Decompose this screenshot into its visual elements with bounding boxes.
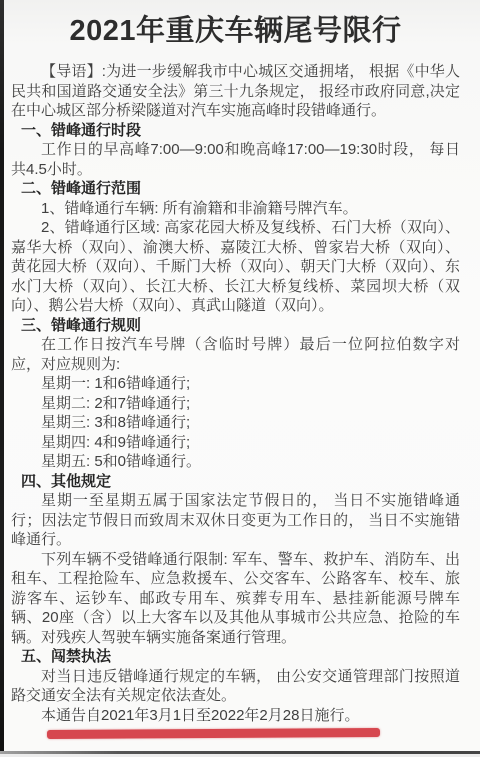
section-2-area-item: 2、错峰通行区域: 高家花园大桥及复线桥、石门大桥（双向）、嘉华大桥（双向）、渝… [11,218,460,316]
left-edge-shadow [0,0,4,757]
section-5-enforcement: 对当日违反错峰通行规定的车辆， 由公安交通管理部门按照道路交通安全法有关规定依法… [11,667,460,706]
notice-document: 2021年重庆车辆尾号限行 【导语】:为进一步缓解我市中心城区交通拥堵， 根据《… [0,0,480,757]
weekday-rule-monday: 星期一: 1和6错峰通行; [11,374,460,394]
section-heading-4: 四、其他规定 [21,472,460,492]
weekday-rule-wednesday: 星期三: 3和8错峰通行; [11,413,460,433]
section-4-exempt-vehicles: 下列车辆不受错峰通行限制: 军车、警车、救护车、消防车、出租车、工程抢险车、应急… [11,550,460,648]
weekday-rule-tuesday: 星期二: 2和7错峰通行; [11,394,460,414]
red-underline-highlight [47,728,380,739]
document-content: 2021年重庆车辆尾号限行 【导语】:为进一步缓解我市中心城区交通拥堵， 根据《… [11,0,460,725]
intro-paragraph: 【导语】:为进一步缓解我市中心城区交通拥堵， 根据《中华人民共和国道路交通安全法… [11,62,460,121]
section-1-paragraph: 工作日的早高峰7:00—9:00和晚高峰17:00—19:30时段， 每日共4.… [11,140,460,179]
document-title: 2021年重庆车辆尾号限行 [11,12,460,50]
section-heading-5: 五、闯禁执法 [21,647,460,667]
section-3-rule-intro: 在工作日按汽车号牌（含临时号牌）最后一位阿拉伯数字对应，对应规则为: [11,335,460,374]
section-heading-1: 一、错峰通行时段 [21,121,460,141]
section-4-holiday-rule: 星期一至星期五属于国家法定节假日的， 当日不实施错峰通行；因法定节假日而致周末双… [11,491,460,550]
section-heading-3: 三、错峰通行规则 [21,316,460,336]
section-heading-2: 二、错峰通行范围 [21,179,460,199]
section-2-vehicles-item: 1、错峰通行车辆: 所有渝籍和非渝籍号牌汽车。 [11,199,460,219]
effective-date-line: 本通告自2021年3月1日至2022年2月28日施行。 [11,706,460,726]
document-body: 【导语】:为进一步缓解我市中心城区交通拥堵， 根据《中华人民共和国道路交通安全法… [11,62,460,725]
weekday-rule-friday: 星期五: 5和0错峰通行。 [11,452,460,472]
weekday-rule-thursday: 星期四: 4和9错峰通行; [11,433,460,453]
